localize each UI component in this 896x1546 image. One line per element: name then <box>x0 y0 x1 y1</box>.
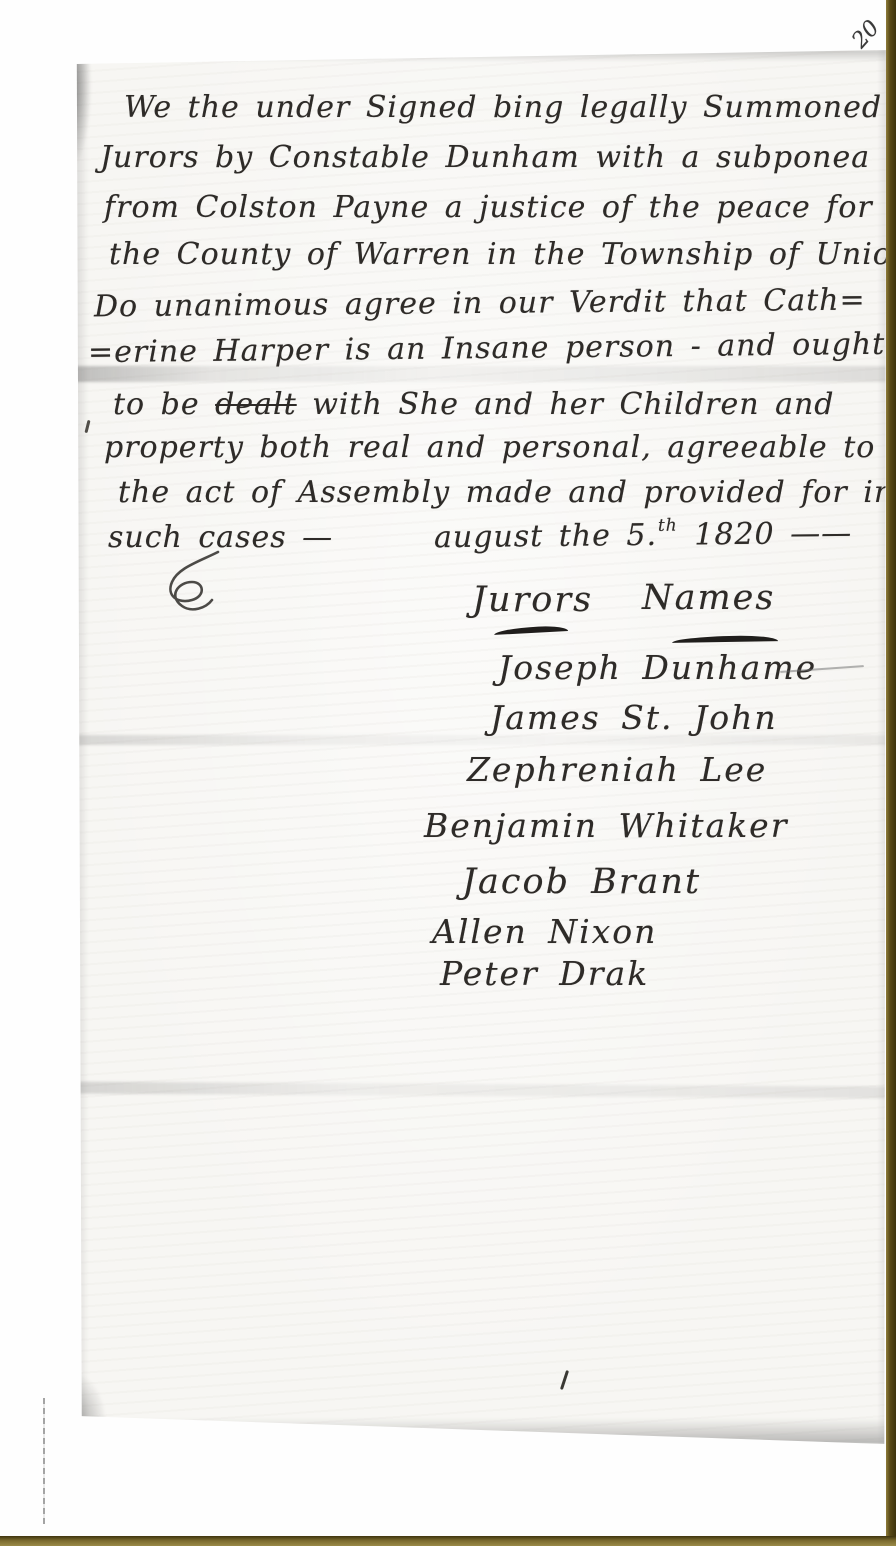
handwriting-line: property both real and personal, agreeab… <box>104 430 875 465</box>
date-line-right: august the 5.th 1820 —— <box>434 516 853 555</box>
date-superscript: th <box>658 516 678 536</box>
handwriting-line: from Colston Payne a justice of the peac… <box>104 190 873 225</box>
handwriting-line: the act of Assembly made and provided fo… <box>118 475 894 510</box>
signature: Jacob Brant <box>462 862 701 902</box>
signature: Peter Drak <box>440 954 649 993</box>
jurors-heading-word: Jurors <box>472 580 593 620</box>
date-text: august the 5. <box>434 518 657 555</box>
scanned-page: We the under Signed bing legally Summone… <box>0 0 896 1546</box>
handwriting-line: Jurors by Constable Dunham with a subpon… <box>100 140 870 175</box>
handwriting-line: We the under Signed bing legally Summone… <box>124 90 896 125</box>
handwriting-line: to be dealt with She and her Children an… <box>113 387 834 422</box>
signature: Benjamin Whitaker <box>424 806 789 845</box>
signature: Joseph Dunhame <box>498 648 817 687</box>
paper-sheet: We the under Signed bing legally Summone… <box>62 50 886 1444</box>
names-heading-word: Names <box>642 578 775 618</box>
signature: James St. John <box>490 698 778 737</box>
binder-strip-bottom <box>0 1536 896 1546</box>
crease-line <box>43 1398 45 1524</box>
paper-edge-left <box>62 50 88 1444</box>
signature: Zephreniah Lee <box>467 750 767 789</box>
signature: Allen Nixon <box>432 912 657 951</box>
corner-page-number: 20 <box>847 16 884 54</box>
paper-corner-shadow-topleft <box>62 50 92 170</box>
paper-edge-bottom <box>62 1418 886 1444</box>
paper-edge-top <box>62 50 886 62</box>
struck-line-pre: to be <box>113 387 215 422</box>
struck-line-post: with She and her Children and <box>297 387 835 422</box>
paper-corner-shadow-bottomleft <box>62 1374 106 1444</box>
pen-flourish <box>158 548 236 620</box>
handwriting-line: Do unanimous agree in our Verdit that Ca… <box>94 283 866 325</box>
binder-strip-right <box>886 0 896 1546</box>
handwriting-line: the County of Warren in the Township of … <box>109 237 896 272</box>
struck-word: dealt <box>215 387 297 422</box>
date-year: 1820 —— <box>679 516 853 553</box>
